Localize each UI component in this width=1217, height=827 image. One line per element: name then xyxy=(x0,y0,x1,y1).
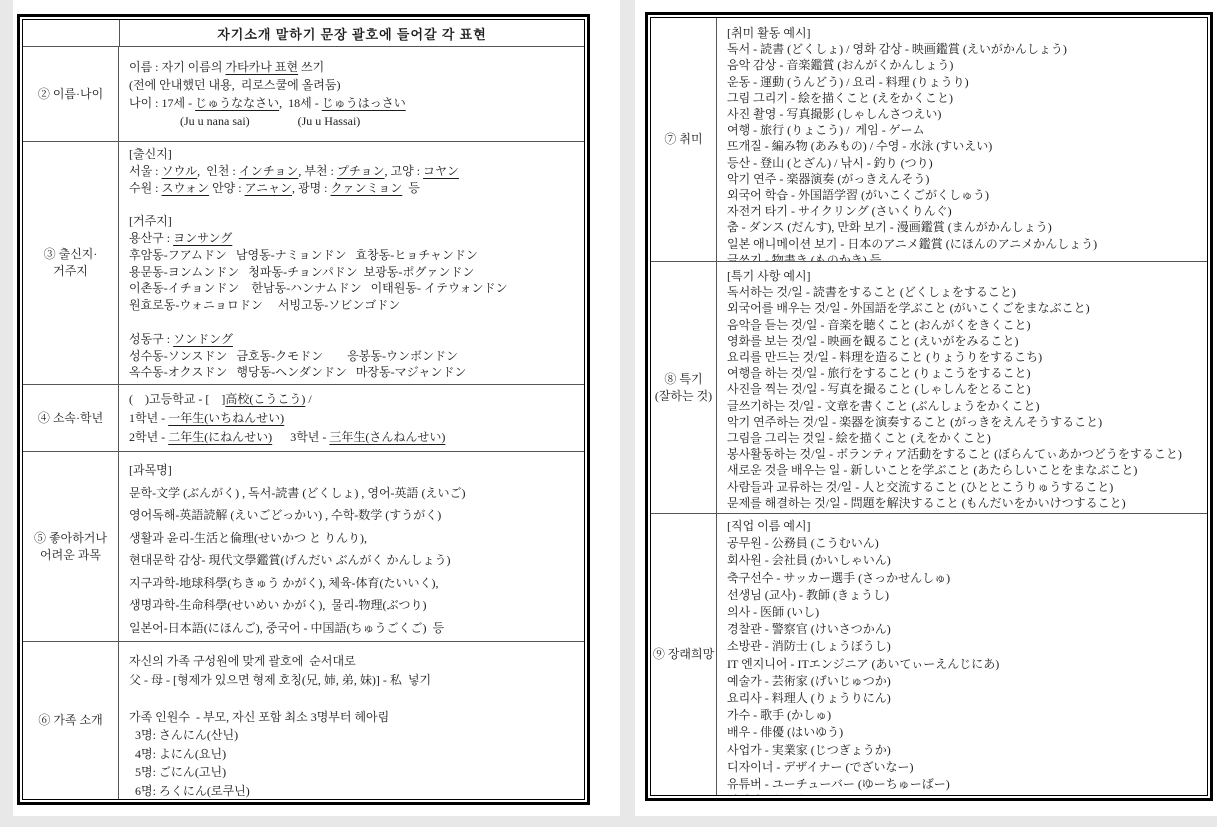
expression-table-left-body: 자기소개 말하기 문장 괄호에 들어갈 각 표현 ② 이름·나이이름 : 자기 … xyxy=(22,19,585,800)
table-row: ② 이름·나이이름 : 자기 이름의 가타카나 표현 쓰기(전에 안내했던 내용… xyxy=(23,46,584,141)
content-line: 영어독해-英語読解 (えいごどっかい) , 수학-数学 (すうがく) xyxy=(129,504,578,527)
content-line: 외국어 학습 - 外国語学習 (がいこくごがくしゅう) xyxy=(727,187,1201,203)
content-line: 독서하는 것/일 - 読書をすること (どくしょをすること) xyxy=(727,284,1201,300)
table-row: ④ 소속·학년( )고등학교 - [ ]高校(こうこう) /1학년 - 一年生(… xyxy=(23,384,584,451)
content-line: 자신의 가족 구성원에 맞게 괄호에 순서대로 xyxy=(129,652,578,671)
content-line: 운동 - 運動 (うんどう) / 요리 - 料理 (りょうり) xyxy=(727,74,1201,90)
content-line: 영화를 보는 것/일 - 映画を観ること (えいがをみること) xyxy=(727,333,1201,349)
content-line: 악기 연주하는 것/일 - 楽器を演奏すること (がっきをえんそうすること) xyxy=(727,414,1201,430)
content-line: 외국어를 배우는 것/일 - 外国語を学ぶこと (がいこくごをまなぶこと) xyxy=(727,300,1201,316)
content-line: [출신지] xyxy=(129,146,578,163)
content-line: 사람들과 교류하는 것/일 - 人と交流すること (ひととこうりゅうすること) xyxy=(727,479,1201,495)
content-line: 일본 애니메이션 보기 - 日本のアニメ鑑賞 (にほんのアニメかんしょう) xyxy=(727,236,1201,252)
content-line: 이촌동-イチョンドン 한남동-ハンナムドン 이태원동- イテウォンドン xyxy=(129,280,578,297)
content-line: 생활과 윤리-生活と倫理(せいかつ と りんり), xyxy=(129,527,578,550)
content-line: 봉사활동하는 것/일 - ボランティア活動をすること (ぼらんてぃあかつどうをす… xyxy=(727,446,1201,462)
row-content: [취미 활동 예시]독서 - 読書 (どくしょ) / 영화 감상 - 映画鑑賞 … xyxy=(717,18,1207,261)
content-line: 일본어-日本語(にほんご), 중국어 - 中国語(ちゅうごくご) 등 xyxy=(129,617,578,640)
content-line: (Ju u nana sai) (Ju u Hassai) xyxy=(129,112,578,130)
content-line: 지구과학-地球科學(ちきゅう かがく), 체육-体育(たいいく), xyxy=(129,572,578,595)
content-line: 생명과학-生命科學(せいめい かがく), 물리-物理(ぶつり) xyxy=(129,594,578,617)
content-line: 사업가 - 実業家 (じつぎょうか) xyxy=(727,742,1201,759)
expression-table-right-body: ⑦ 취미[취미 활동 예시]독서 - 読書 (どくしょ) / 영화 감상 - 映… xyxy=(650,17,1208,796)
content-line: 문제를 해결하는 것/일 - 問題を解決すること (もんだいをかいけつすること) xyxy=(727,495,1201,511)
content-line: [과목명] xyxy=(129,459,578,482)
content-line: 6명: ろくにん(로쿠닌) xyxy=(129,782,578,800)
content-line: [거주지] xyxy=(129,213,578,230)
row-content: ( )고등학교 - [ ]高校(こうこう) /1학년 - 一年生(いちねんせい)… xyxy=(119,385,584,451)
row-content: [특기 사항 예시]독서하는 것/일 - 読書をすること (どくしょをすること)… xyxy=(717,262,1207,513)
content-line: 2학년 - 二年生(にねんせい) 3학년 - 三年生(さんねんせい) xyxy=(129,428,578,447)
table-title: 자기소개 말하기 문장 괄호에 들어갈 각 표현 xyxy=(120,20,584,46)
content-line xyxy=(129,314,578,331)
row-content: [출신지]서울 : ソウル, 인천 : インチョン, 부천 : プチョン, 고양… xyxy=(119,142,584,384)
row-label: ③ 출신지·거주지 xyxy=(23,142,119,384)
content-line: 사진을 찍는 것/일 - 写真を撮ること (しゃしんをとること) xyxy=(727,381,1201,397)
content-line: [취미 활동 예시] xyxy=(727,25,1201,41)
content-line: 가족 인원수 - 부모, 자신 포함 최소 3명부터 헤아림 xyxy=(129,708,578,727)
content-line: 父 - 母 - [형제가 있으면 형제 호칭(兄, 姉, 弟, 妹)] - 私 … xyxy=(129,671,578,690)
expression-table-left: 자기소개 말하기 문장 괄호에 들어갈 각 표현 ② 이름·나이이름 : 자기 … xyxy=(17,14,590,805)
table-row: ⑦ 취미[취미 활동 예시]독서 - 読書 (どくしょ) / 영화 감상 - 映… xyxy=(651,18,1207,261)
row-label: ② 이름·나이 xyxy=(23,47,119,141)
content-line: (전에 안내했던 내용, 리로스쿨에 올려둠) xyxy=(129,76,578,94)
expression-table-right: ⑦ 취미[취미 활동 예시]독서 - 読書 (どくしょ) / 영화 감상 - 映… xyxy=(645,12,1213,801)
content-line: 요리를 만드는 것/일 - 料理を造ること (りょうりをするこち) xyxy=(727,349,1201,365)
content-line: 독서 - 読書 (どくしょ) / 영화 감상 - 映画鑑賞 (えいがかんしょう) xyxy=(727,41,1201,57)
row-content: [과목명]문학-文学 (ぶんがく) , 독서-読書 (どくしょ) , 영어-英語… xyxy=(119,452,584,641)
table-row: ⑨ 장래희망[직업 이름 예시]공무원 - 公務員 (こうむいん)회사원 - 会… xyxy=(651,513,1207,795)
content-line: 문학-文学 (ぶんがく) , 독서-読書 (どくしょ) , 영어-英語 (えいご… xyxy=(129,482,578,505)
content-line: [직업 이름 예시] xyxy=(727,518,1201,535)
content-line: 서울 : ソウル, 인천 : インチョン, 부천 : プチョン, 고양 : コヤ… xyxy=(129,163,578,180)
content-line: 선생님 (교사) - 教師 (きょうし) xyxy=(727,587,1201,604)
content-line: 여행 - 旅行 (りょこう) / 게임 - ゲーム xyxy=(727,122,1201,138)
content-line: 후암동-フアムドン 남영동-ナミョンドン 효창동-ヒョチャンドン xyxy=(129,247,578,264)
content-line: 1학년 - 一年生(いちねんせい) xyxy=(129,409,578,428)
table-row: ③ 출신지·거주지[출신지]서울 : ソウル, 인천 : インチョン, 부천 :… xyxy=(23,141,584,384)
header-label-spacer xyxy=(23,20,120,46)
content-line: 음악을 듣는 것/일 - 音楽を聴くこと (おんがくをきくこと) xyxy=(727,317,1201,333)
content-line: 음악 감상 - 音楽鑑賞 (おんがくかんしょう) xyxy=(727,57,1201,73)
table-row: ⑤ 좋아하거나어려운 과목[과목명]문학-文学 (ぶんがく) , 독서-読書 (… xyxy=(23,451,584,641)
content-line: 경찰관 - 警察官 (けいさつかん) xyxy=(727,621,1201,638)
content-line: 공무원 - 公務員 (こうむいん) xyxy=(727,535,1201,552)
content-line: 여행을 하는 것/일 - 旅行をすること (りょこうをすること) xyxy=(727,365,1201,381)
content-line: 글쓰기하는 것/일 - 文章を書くこと (ぶんしょうをかくこと) xyxy=(727,398,1201,414)
content-line: 춤 - ダンス (だんす), 만화 보기 - 漫画鑑賞 (まんがかんしょう) xyxy=(727,219,1201,235)
content-line: 원효로동-ウォニョロドン 서빙고동-ソビンゴドン xyxy=(129,297,578,314)
content-line: 축구선수 - サッカー選手 (さっかせんしゅ) xyxy=(727,570,1201,587)
row-content: 이름 : 자기 이름의 가타카나 표현 쓰기(전에 안내했던 내용, 리로스쿨에… xyxy=(119,47,584,141)
row-label: ⑧ 특기(잘하는 것) xyxy=(651,262,717,513)
content-line: 그림을 그리는 것일 - 絵を描くこと (えをかくこと) xyxy=(727,430,1201,446)
document-page-left: 자기소개 말하기 문장 괄호에 들어갈 각 표현 ② 이름·나이이름 : 자기 … xyxy=(13,0,620,816)
content-line xyxy=(129,689,578,708)
content-line: 글쓰기 - 物書き (ものかき) 등 xyxy=(727,252,1201,261)
content-line: 나이 : 17세 - じゅうななさい, 18세 - じゅうはっさい xyxy=(129,94,578,112)
content-line: 5명: ごにん(고닌) xyxy=(129,763,578,782)
content-line: 성수동-ソンスドン 금호동-クモドン 응봉동-ウンボンドン xyxy=(129,348,578,365)
content-line: 소방관 - 消防士 (しょうぼうし) xyxy=(727,638,1201,655)
content-line: 번역가 - 翻訳家 (ほんやくか) xyxy=(727,793,1201,795)
content-line: 배우 - 俳優 (はいゆう) xyxy=(727,724,1201,741)
row-content: 자신의 가족 구성원에 맞게 괄호에 순서대로父 - 母 - [형제가 있으면 … xyxy=(119,642,584,799)
row-label: ⑥ 가족 소개 xyxy=(23,642,119,799)
content-line: 이름 : 자기 이름의 가타카나 표현 쓰기 xyxy=(129,58,578,76)
content-line: 의사 - 医師 (いし) xyxy=(727,604,1201,621)
content-line: 디자이너 - デザイナー (でざいなー) xyxy=(727,759,1201,776)
row-content: [직업 이름 예시]공무원 - 公務員 (こうむいん)회사원 - 会社員 (かい… xyxy=(717,514,1207,795)
content-line: 예술가 - 芸術家 (げいじゅつか) xyxy=(727,673,1201,690)
content-line: 자전거 타기 - サイクリング (さいくりんぐ) xyxy=(727,203,1201,219)
row-label: ④ 소속·학년 xyxy=(23,385,119,451)
row-label: ⑦ 취미 xyxy=(651,18,717,261)
content-line: 요리사 - 料理人 (りょうりにん) xyxy=(727,690,1201,707)
content-line: 그림 그리기 - 絵を描くこと (えをかくこと) xyxy=(727,90,1201,106)
content-line: 사진 촬영 - 写真撮影 (しゃしんさつえい) xyxy=(727,106,1201,122)
content-line: 유튜버 - ユーチューバー (ゆーちゅーばー) xyxy=(727,776,1201,793)
row-label: ⑤ 좋아하거나어려운 과목 xyxy=(23,452,119,641)
content-line: 옥수동-オクスドン 행당동-ヘンダンドン 마장동-マジャンドン xyxy=(129,364,578,381)
content-line: 용문동-ヨンムンドン 청파동-チョンパドン 보광동-ポグァンドン xyxy=(129,264,578,281)
content-line xyxy=(129,196,578,213)
content-line: 가수 - 歌手 (かしゅ) xyxy=(727,707,1201,724)
content-line: 수원 : スウォン 안양 : アニャン, 광명 : クァンミョン 등 xyxy=(129,180,578,197)
document-page-right: ⑦ 취미[취미 활동 예시]독서 - 読書 (どくしょ) / 영화 감상 - 映… xyxy=(635,0,1217,816)
content-line: 성동구 : ソンドング xyxy=(129,331,578,348)
content-line: 악기 연주 - 楽器演奏 (がっきえんそう) xyxy=(727,171,1201,187)
content-line: IT 엔지니어 - ITエンジニア (あいてぃーえんじにあ) xyxy=(727,656,1201,673)
content-line: [특기 사항 예시] xyxy=(727,268,1201,284)
content-line: ( )고등학교 - [ ]高校(こうこう) / xyxy=(129,390,578,409)
content-line: 뜨개질 - 編み物 (あみもの) / 수영 - 水泳 (すいえい) xyxy=(727,138,1201,154)
content-line: 4명: よにん(요닌) xyxy=(129,745,578,764)
content-line: 회사원 - 会社員 (かいしゃいん) xyxy=(727,552,1201,569)
table-row: ⑥ 가족 소개자신의 가족 구성원에 맞게 괄호에 순서대로父 - 母 - [형… xyxy=(23,641,584,799)
content-line: 현대문학 감상- 現代文學鑑賞(げんだい ぶんがく かんしょう) xyxy=(129,549,578,572)
content-line: 용산구 : ヨンサング xyxy=(129,230,578,247)
content-line: 3명: さんにん(산닌) xyxy=(129,726,578,745)
row-label: ⑨ 장래희망 xyxy=(651,514,717,795)
table-header-row: 자기소개 말하기 문장 괄호에 들어갈 각 표현 xyxy=(23,20,584,46)
content-line: 새로운 것을 배우는 일 - 新しいことを学ぶこと (あたらしいことをまなぶこと… xyxy=(727,462,1201,478)
table-row: ⑧ 특기(잘하는 것)[특기 사항 예시]독서하는 것/일 - 読書をすること … xyxy=(651,261,1207,513)
content-line: 등산 - 登山 (とざん) / 낚시 - 釣り (つり) xyxy=(727,155,1201,171)
